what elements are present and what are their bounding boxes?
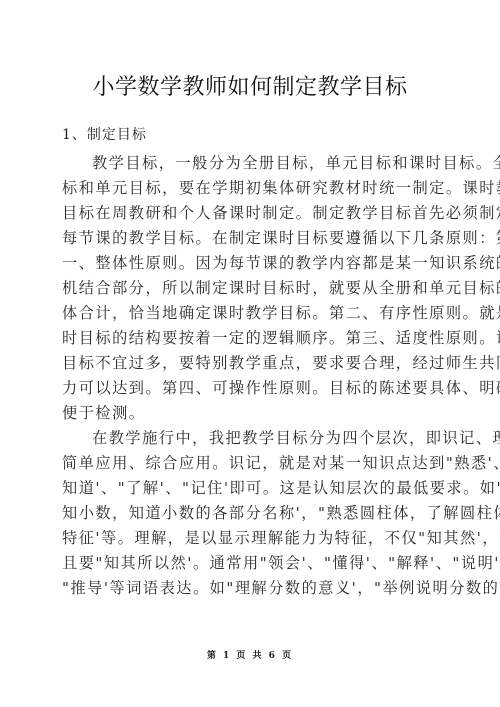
paragraph-2: 在教学施行中，我把教学目标分为四个层次，即识记、理解、 简单应用、综合应用。识记… <box>62 426 438 601</box>
paragraph-line: 教学目标，一般分为全册目标，单元目标和课时目标。全册目 <box>62 151 438 176</box>
paragraph-line: 在教学施行中，我把教学目标分为四个层次，即识记、理解、 <box>62 426 438 451</box>
paragraph-line: 知道'、"了解'、"记住'即可。这是认知层次的最低要求。如"认 <box>62 476 438 501</box>
document-page: 小学数学教师如何制定教学目标 1、制定目标 教学目标，一般分为全册目标，单元目标… <box>0 0 500 707</box>
paragraph-line: 且要"知其所以然'。通常用"领会'、"懂得'、"解释'、"说明'、 <box>62 551 438 576</box>
paragraph-line: 力可以达到。第四、可操作性原则。目标的陈述要具体、明确， <box>62 376 438 401</box>
paragraph-line: 便于检测。 <box>62 401 438 426</box>
paragraph-line: 简单应用、综合应用。识记，就是对某一知识点达到"熟悉'、" <box>62 451 438 476</box>
paragraph-line: 一、整体性原则。因为每节课的教学内容都是某一知识系统的有 <box>62 251 438 276</box>
paragraph-line: 目标在周教研和个人备课时制定。制定教学目标首先必须制定好 <box>62 201 438 226</box>
paragraph-line: 特征'等。理解，是以显示理解能力为特征，不仅"知其然'，而 <box>62 526 438 551</box>
paragraph-line: 标和单元目标，要在学期初集体研究教材时统一制定。课时教学 <box>62 176 438 201</box>
paragraph-line: "推导'等词语表达。如"理解分数的意义'，"举例说明分数的基 <box>62 576 438 601</box>
paragraph-line: 体合计，恰当地确定课时教学目标。第二、有序性原则。就是课 <box>62 301 438 326</box>
paragraph-line: 机结合部分，所以制定课时目标时，就要从全册和单元目标的整 <box>62 276 438 301</box>
page-footer: 第 1 页 共 6 页 <box>0 648 500 661</box>
section-heading: 1、制定目标 <box>62 124 147 144</box>
paragraph-line: 时目标的结构要按着一定的逻辑顺序。第三、适度性原则。课时 <box>62 326 438 351</box>
paragraph-line: 知小数，知道小数的各部分名称'，"熟悉圆柱体，了解圆柱体的 <box>62 501 438 526</box>
paragraph-line: 每节课的教学目标。在制定课时目标要遵循以下几条原则：第 <box>62 226 438 251</box>
paragraph-1: 教学目标，一般分为全册目标，单元目标和课时目标。全册目 标和单元目标，要在学期初… <box>62 151 438 426</box>
paragraph-line: 目标不宜过多，要特别教学重点，要求要合理，经过师生共同努 <box>62 351 438 376</box>
document-title: 小学数学教师如何制定教学目标 <box>0 70 500 101</box>
